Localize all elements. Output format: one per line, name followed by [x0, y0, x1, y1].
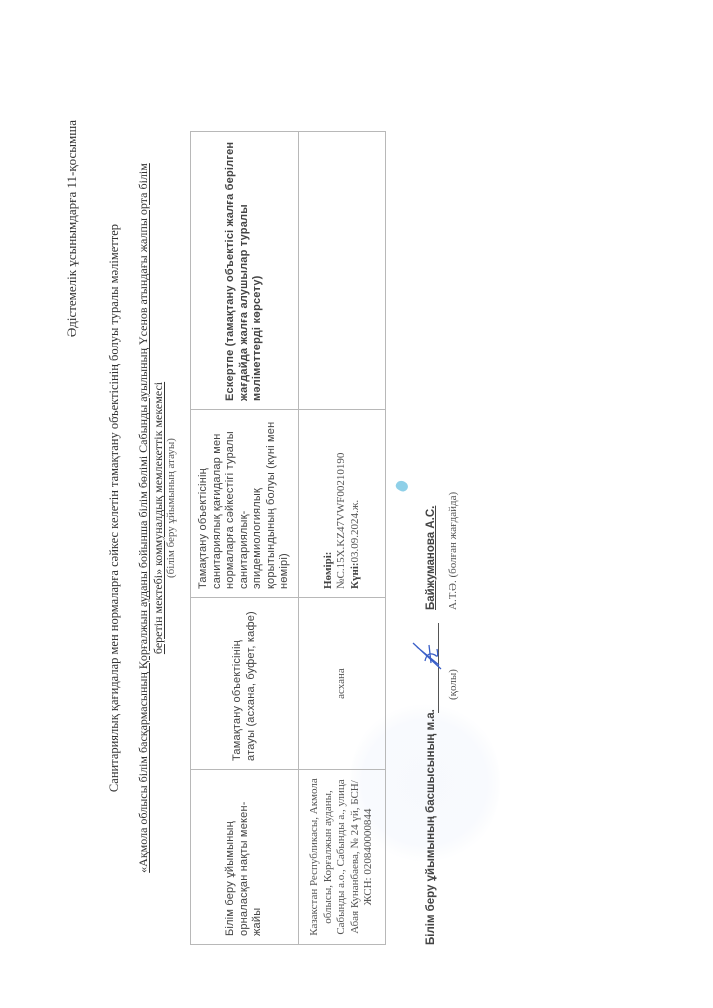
name-caption: А.Т.Ә. (болған жағдайда): [447, 492, 459, 610]
header-object-name: Тамақтану объектісінің атауы (асхана, бу…: [191, 598, 299, 770]
cell-address: Казакстан Республикасы, Акмола облысы, К…: [299, 770, 386, 945]
organization-name: «Ақмола облысы білім басқармасының Қорға…: [136, 128, 166, 908]
certificate-date-label: Күні:: [349, 562, 361, 589]
certificate-number-label: Нөмірі:: [322, 552, 334, 589]
header-note: Ескертпе (тамақтану объектісі жалға бері…: [191, 132, 299, 410]
signature-block: Білім беру ұйымының басшысының м.а. Байж…: [425, 185, 465, 945]
table-header-row: Білім беру ұйымының орналасқан нақты мек…: [191, 132, 299, 945]
appendix-label: Әдістемелік ұсынымдарға 11-қосымша: [64, 120, 80, 408]
signature-label: Білім беру ұйымының басшысының м.а.: [425, 709, 437, 945]
signature-caption: (қолы): [447, 669, 459, 700]
cell-certificate: Нөмірі:№C.15X.KZ47VWF00210190 Күні:03.09…: [299, 410, 386, 598]
signatory-name: Байжуманова А.С.: [425, 506, 437, 610]
document-page: Әдістемелік ұсынымдарға 11-қосымша Санит…: [0, 0, 713, 1008]
ink-mark: [394, 479, 409, 494]
cell-object-name: асхана: [299, 598, 386, 770]
handwritten-signature-icon: [409, 637, 445, 673]
organization-line-1: «Ақмола облысы білім басқармасының Қорға…: [136, 163, 150, 873]
organization-line-2: беретін мектебі» коммуналдық мемлекеттік…: [151, 382, 165, 654]
organization-caption: (білім беру ұйымының атауы): [165, 308, 177, 708]
header-certificate: Тамақтану объектісінің санитариялық қағи…: [191, 410, 299, 598]
certificate-date: 03.09.2024.ж.: [349, 500, 361, 563]
header-address: Білім беру ұйымының орналасқан нақты мек…: [191, 770, 299, 945]
certificate-number: №C.15X.KZ47VWF00210190: [335, 453, 347, 589]
table-row: Казакстан Республикасы, Акмола облысы, К…: [299, 132, 386, 945]
document-title: Санитариялық қағидалар мен нормаларға сә…: [107, 108, 122, 908]
food-objects-table: Білім беру ұйымының орналасқан нақты мек…: [190, 131, 386, 945]
cell-note: [299, 132, 386, 410]
